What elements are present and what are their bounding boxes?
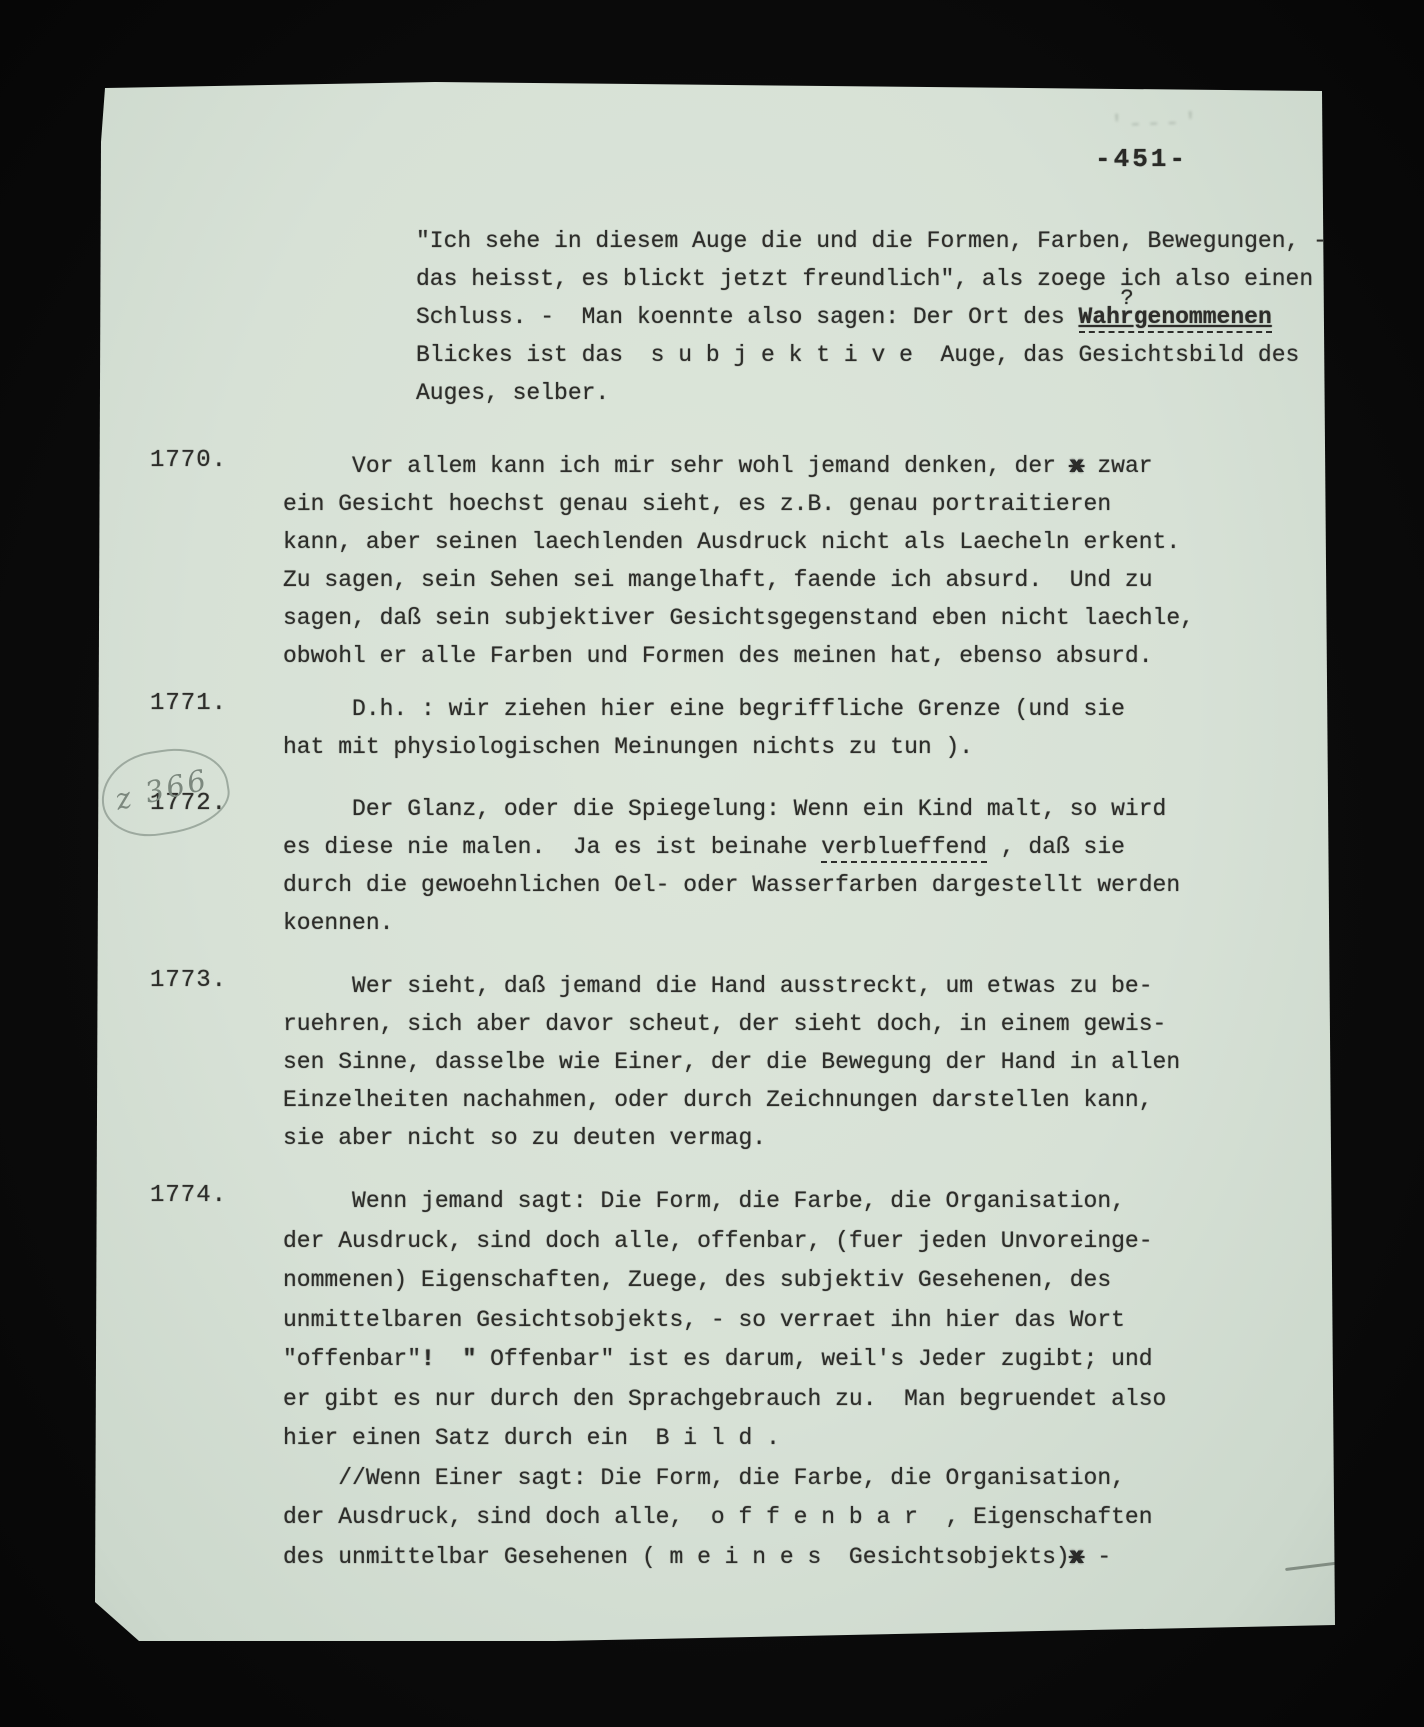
text-line: das heisst, es blickt jetzt freundlich",… <box>416 260 1327 298</box>
text-line: hier einen Satz durch ein B i l d . <box>283 1419 1166 1459</box>
paragraph-number: 1774. <box>150 1182 227 1209</box>
paragraph-number: 1773. <box>150 967 227 994</box>
text-line: es diese nie malen. Ja es ist beinahe ve… <box>283 828 1180 866</box>
paragraph-lines: D.h. : wir ziehen hier eine begriffliche… <box>283 690 1125 766</box>
text-line: hat mit physiologischen Meinungen nichts… <box>283 728 1125 766</box>
text-line: sagen, daß sein subjektiver Gesichtsgege… <box>283 599 1194 637</box>
paragraph-number: 1771. <box>150 690 227 717</box>
text-line: Vor allem kann ich mir sehr wohl jemand … <box>283 447 1194 485</box>
text-line: Schluss. - Man koennte also sagen: Der O… <box>416 298 1327 336</box>
text-line: sie aber nicht so zu deuten vermag. <box>283 1119 1180 1157</box>
text-line: //Wenn Einer sagt: Die Form, die Farbe, … <box>283 1459 1166 1499</box>
paragraph-lines: Der Glanz, oder die Spiegelung: Wenn ein… <box>283 790 1180 942</box>
text-line: unmittelbaren Gesichtsobjekts, - so verr… <box>283 1301 1166 1341</box>
handwritten-margin-note: z 366 <box>95 741 235 844</box>
text-line: Wenn jemand sagt: Die Form, die Farbe, d… <box>283 1182 1166 1222</box>
text-line: "Ich sehe in diesem Auge die und die For… <box>416 222 1327 260</box>
page-number: -451- <box>1095 144 1188 174</box>
text-line: durch die gewoehnlichen Oel- oder Wasser… <box>283 866 1180 904</box>
text-line: der Ausdruck, sind doch alle, o f f e n … <box>283 1498 1166 1538</box>
text-line: "offenbar"! " Offenbar" ist es darum, we… <box>283 1340 1166 1380</box>
text-line: Auges, selber. <box>416 374 1327 412</box>
text-line: ein Gesicht hoechst genau sieht, es z.B.… <box>283 485 1194 523</box>
text-line: obwohl er alle Farben und Formen des mei… <box>283 637 1194 675</box>
paragraph-lines: Wer sieht, daß jemand die Hand ausstreck… <box>283 967 1180 1157</box>
text-line: Blickes ist das s u b j e k t i v e Auge… <box>416 336 1327 374</box>
paragraph-lines: "Ich sehe in diesem Auge die und die For… <box>416 222 1327 412</box>
paragraph-number: 1770. <box>150 447 227 474</box>
text-line: nommenen) Eigenschaften, Zuege, des subj… <box>283 1261 1166 1301</box>
text-line: Einzelheiten nachahmen, oder durch Zeich… <box>283 1081 1180 1119</box>
text-line: des unmittelbar Gesehenen ( m e i n e s … <box>283 1538 1166 1578</box>
text-line: koennen. <box>283 904 1180 942</box>
text-line: Wer sieht, daß jemand die Hand ausstreck… <box>283 967 1180 1005</box>
text-line: ruehren, sich aber davor scheut, der sie… <box>283 1005 1180 1043</box>
paragraph-lines: Vor allem kann ich mir sehr wohl jemand … <box>283 447 1194 675</box>
text-line: sen Sinne, dasselbe wie Einer, der die B… <box>283 1043 1180 1081</box>
paper-sheet: '---' -451- "Ich sehe in diesem Auge die… <box>95 82 1335 1642</box>
text-line: der Ausdruck, sind doch alle, offenbar, … <box>283 1222 1166 1262</box>
text-line: Der Glanz, oder die Spiegelung: Wenn ein… <box>283 790 1180 828</box>
text-line: Zu sagen, sein Sehen sei mangelhaft, fae… <box>283 561 1194 599</box>
text-line: kann, aber seinen laechlenden Ausdruck n… <box>283 523 1194 561</box>
paragraph-lines: Wenn jemand sagt: Die Form, die Farbe, d… <box>283 1182 1166 1577</box>
text-line: D.h. : wir ziehen hier eine begriffliche… <box>283 690 1125 728</box>
question-mark-annotation: ? <box>1121 280 1134 318</box>
text-line: er gibt es nur durch den Sprachgebrauch … <box>283 1380 1166 1420</box>
